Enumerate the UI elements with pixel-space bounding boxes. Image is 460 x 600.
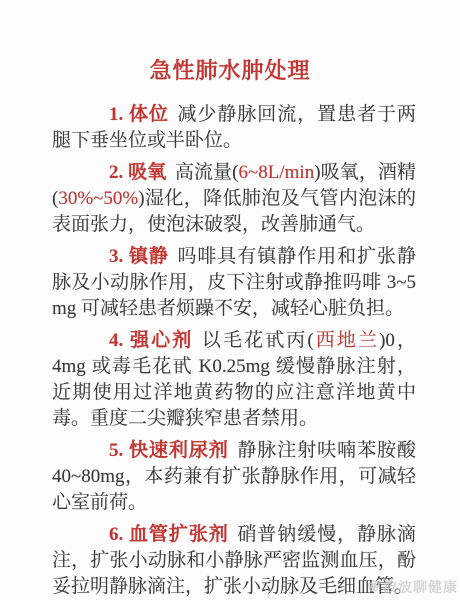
section-position: 1. 体位减少静脉回流，置患者于两腿下垂坐位或半卧位。 — [52, 102, 416, 154]
watermark: ❀ 波波聊健康 — [367, 577, 458, 597]
section-heading: 3. 镇静 — [109, 246, 169, 267]
section-vasodilator: 6. 血管扩张剂硝普钠缓慢，静脉滴注，扩张小动脉和小静脉严密监测血压，酚妥拉明静… — [52, 522, 416, 600]
section-heading: 2. 吸氧 — [109, 162, 166, 183]
section-diuretic: 5. 快速利尿剂静脉注射呋喃苯胺酸 40~80mg，本药兼有扩张静脉作用，可减轻… — [52, 438, 416, 516]
watermark-text: 波波聊健康 — [383, 577, 458, 597]
section-text: 硝普钠缓慢，静脉滴注，扩张小动脉和小静脉严密监测血压，酚妥拉明静脉滴注，扩张小动… — [52, 524, 416, 597]
page-title: 急性肺水肿处理 — [0, 0, 460, 85]
section-cardiotonic: 4. 强心剂以毛花甙丙(西地兰)0，4mg 或毒毛花甙 K0.25mg 缓慢静脉… — [52, 328, 416, 432]
section-text: 高流量( — [175, 162, 239, 183]
document-page: 急性肺水肿处理 1. 体位减少静脉回流，置患者于两腿下垂坐位或半卧位。 2. 吸… — [0, 0, 460, 600]
highlight-flow-rate: 6~8L/min — [238, 162, 314, 183]
section-sedation: 3. 镇静吗啡具有镇静作用和扩张静脉及小动脉作用，皮下注射或静推吗啡 3~5 m… — [52, 244, 416, 322]
section-heading: 4. 强心剂 — [109, 330, 193, 351]
section-text: 减少静脉回流，置患者于两腿下垂坐位或半卧位。 — [52, 104, 416, 151]
highlight-cedilanid: 西地兰 — [314, 330, 379, 351]
document-body: 1. 体位减少静脉回流，置患者于两腿下垂坐位或半卧位。 2. 吸氧高流量(6~8… — [52, 85, 416, 600]
section-text: 以毛花甙丙( — [202, 330, 314, 351]
highlight-alcohol-percent: 30%~50% — [58, 188, 138, 209]
section-text: 静脉注射呋喃苯胺酸 40~80mg，本药兼有扩张静脉作用，可减轻心室前荷。 — [52, 440, 416, 513]
section-heading: 5. 快速利尿剂 — [109, 440, 229, 461]
section-heading: 1. 体位 — [109, 104, 169, 125]
section-text: 吗啡具有镇静作用和扩张静脉及小动脉作用，皮下注射或静推吗啡 3~5 mg 可减轻… — [52, 246, 416, 319]
watermark-logo-icon: ❀ — [367, 580, 381, 595]
section-heading: 6. 血管扩张剂 — [109, 524, 229, 545]
section-oxygen: 2. 吸氧高流量(6~8L/min)吸氧，酒精(30%~50%)湿化，降低肺泡及… — [52, 160, 416, 238]
